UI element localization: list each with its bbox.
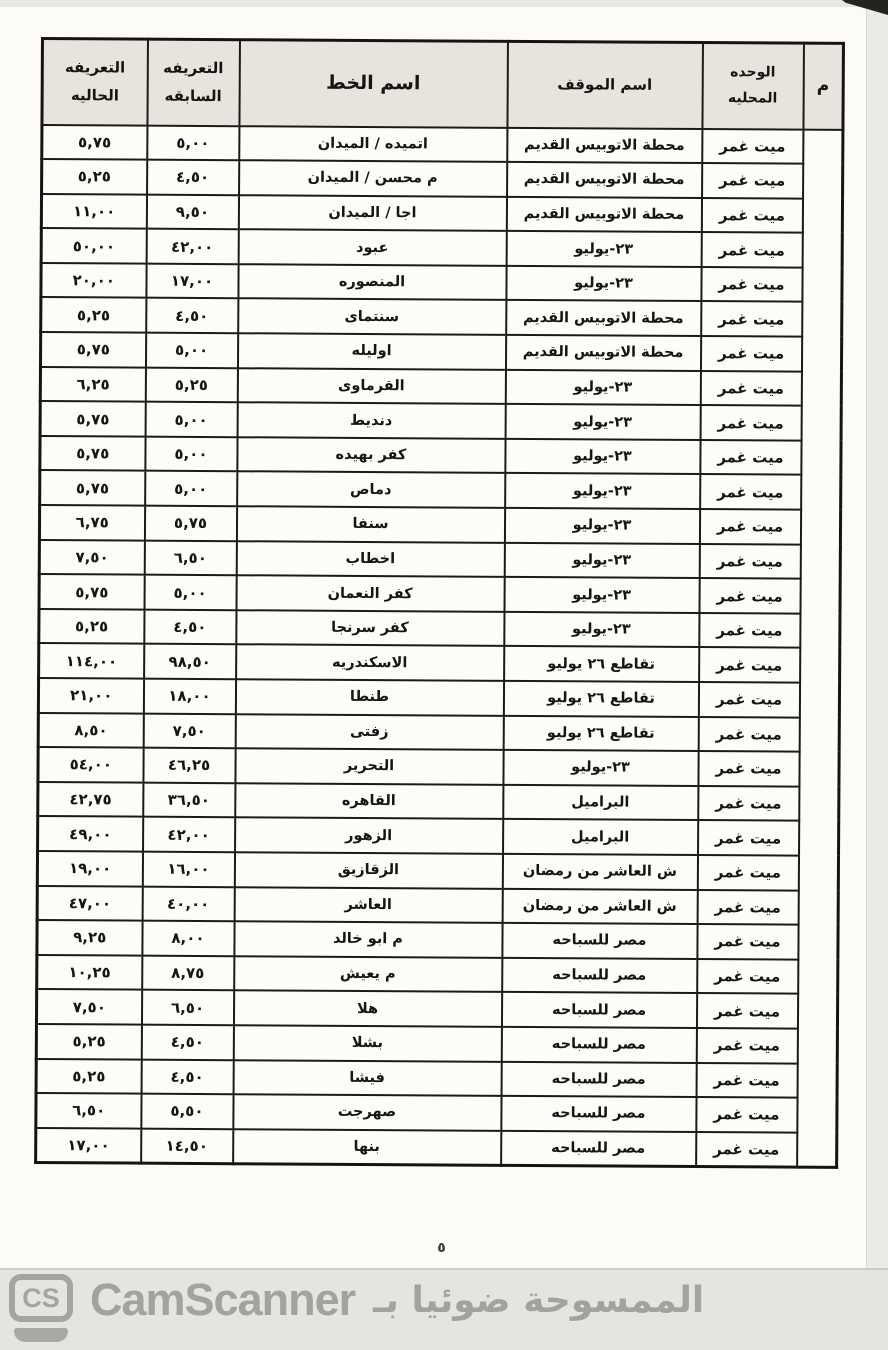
cell-local-unit: ميت غمر bbox=[700, 405, 801, 440]
table-row: ميت غمرمصر للسباحهم يعيش٨,٧٥١٠,٢٥ bbox=[37, 955, 838, 994]
cell-line-name: زفتى bbox=[235, 714, 503, 750]
cell-line-name: الزهور bbox=[235, 818, 503, 854]
cell-previous-tariff: ٥,٠٠ bbox=[147, 125, 239, 160]
table-row: ميت غمرمصر للسباحهفيشا٤,٥٠٥,٢٥ bbox=[36, 1059, 837, 1098]
cell-stop-name: البراميل bbox=[503, 819, 698, 855]
cell-stop-name: ٢٣-يوليو bbox=[506, 231, 701, 267]
cell-local-unit: ميت غمر bbox=[701, 302, 802, 337]
cell-previous-tariff: ٤٠,٠٠ bbox=[142, 886, 234, 921]
cell-local-unit: ميت غمر bbox=[696, 1132, 797, 1167]
camscanner-logo-tab bbox=[14, 1328, 68, 1342]
table-row: ميت غمر٢٣-يوليوكفر سرنجا٤,٥٠٥,٢٥ bbox=[39, 609, 840, 648]
cell-previous-tariff: ٨,٠٠ bbox=[142, 921, 234, 956]
table-row: ميت غمرتقاطع ٢٦ يوليوطنطا١٨,٠٠٢١,٠٠ bbox=[38, 678, 839, 717]
cell-line-name: القاهره bbox=[235, 783, 503, 819]
cell-previous-tariff: ١٦,٠٠ bbox=[142, 852, 234, 887]
table-row: ميت غمرمصر للسباحهبنها١٤,٥٠١٧,٠٠ bbox=[36, 1128, 837, 1167]
cell-line-name: الاسكندريه bbox=[236, 645, 504, 681]
cell-local-unit: ميت غمر bbox=[698, 682, 799, 717]
cell-local-unit: ميت غمر bbox=[698, 751, 799, 786]
cell-current-tariff: ٥,٢٥ bbox=[41, 297, 146, 332]
cell-line-name: م محسن / الميدان bbox=[239, 160, 507, 196]
cell-line-name: اتميده / الميدان bbox=[239, 126, 507, 162]
cell-line-name: سنتماى bbox=[238, 299, 506, 335]
cell-current-tariff: ١٩,٠٠ bbox=[37, 851, 142, 886]
cell-local-unit: ميت غمر bbox=[700, 336, 801, 371]
cell-line-name: الزقازيق bbox=[234, 852, 502, 888]
cell-line-name: كفر بهيده bbox=[237, 437, 505, 473]
cell-current-tariff: ٧,٥٠ bbox=[36, 989, 141, 1024]
cell-local-unit: ميت غمر bbox=[701, 232, 802, 267]
cell-current-tariff: ٩,٢٥ bbox=[37, 920, 142, 955]
cell-line-name: فيشا bbox=[233, 1060, 501, 1096]
cell-line-name: م ابو خالد bbox=[234, 921, 502, 957]
cell-line-name: دنديط bbox=[237, 402, 505, 438]
cell-current-tariff: ٥,٢٥ bbox=[42, 159, 147, 194]
cell-line-name: سنفا bbox=[236, 506, 504, 542]
cell-local-unit: ميت غمر bbox=[696, 993, 797, 1028]
cell-local-unit: ميت غمر bbox=[697, 924, 798, 959]
column-header-index: م bbox=[803, 43, 844, 129]
cell-line-name: بنها bbox=[233, 1129, 501, 1165]
cell-stop-name: مصر للسباحه bbox=[502, 958, 697, 994]
cell-local-unit: ميت غمر bbox=[700, 474, 801, 509]
cell-stop-name: محطة الاتوبيس القديم bbox=[505, 335, 700, 371]
cell-stop-name: محطة الاتوبيس القديم bbox=[506, 300, 701, 336]
cell-previous-tariff: ٤,٥٠ bbox=[146, 298, 238, 333]
cell-line-name: م يعيش bbox=[234, 956, 502, 992]
cell-local-unit: ميت غمر bbox=[698, 820, 799, 855]
cell-current-tariff: ٢١,٠٠ bbox=[38, 678, 143, 713]
table-row: ميت غمرمحطة الاتوبيس القديماوليله٥,٠٠٥,٧… bbox=[40, 332, 841, 371]
column-header-line-name: اسم الخط bbox=[239, 40, 508, 128]
cell-current-tariff: ١٧,٠٠ bbox=[36, 1128, 141, 1163]
cell-previous-tariff: ٥,٠٠ bbox=[145, 436, 237, 471]
column-header-local-unit: الوحده المحليه bbox=[702, 43, 804, 130]
cell-local-unit: ميت غمر bbox=[699, 613, 800, 648]
cell-current-tariff: ١١,٠٠ bbox=[41, 194, 146, 229]
cell-stop-name: محطة الاتوبيس القديم bbox=[507, 127, 702, 163]
cell-line-name: العاشر bbox=[234, 887, 502, 923]
cell-local-unit: ميت غمر bbox=[702, 163, 803, 198]
cell-stop-name: ٢٣-يوليو bbox=[504, 612, 699, 648]
cell-line-name: عبود bbox=[238, 229, 506, 265]
cell-previous-tariff: ٨,٧٥ bbox=[142, 955, 234, 990]
cell-current-tariff: ٥,٧٥ bbox=[40, 332, 145, 367]
table-row: ميت غمر٢٣-يوليوكفر بهيده٥,٠٠٥,٧٥ bbox=[40, 436, 841, 475]
cell-previous-tariff: ٤٢,٠٠ bbox=[146, 229, 238, 264]
cell-previous-tariff: ٩,٥٠ bbox=[146, 194, 238, 229]
cell-local-unit: ميت غمر bbox=[699, 578, 800, 613]
cell-current-tariff: ٦,٧٥ bbox=[39, 505, 144, 540]
cell-current-tariff: ٥,٧٥ bbox=[40, 470, 145, 505]
cell-current-tariff: ٤٩,٠٠ bbox=[38, 816, 143, 851]
cell-stop-name: مصر للسباحه bbox=[501, 1027, 696, 1063]
cell-previous-tariff: ١٧,٠٠ bbox=[146, 264, 238, 299]
cell-line-name: اخطاب bbox=[236, 541, 504, 577]
cell-stop-name: محطة الاتوبيس القديم bbox=[506, 197, 701, 233]
table-row: ميت غمرالبراميلالزهور٤٢,٠٠٤٩,٠٠ bbox=[38, 816, 839, 855]
cell-stop-name: مصر للسباحه bbox=[501, 1061, 696, 1097]
cell-previous-tariff: ٤,٥٠ bbox=[144, 609, 236, 644]
cell-local-unit: ميت غمر bbox=[697, 855, 798, 890]
cell-previous-tariff: ٤٦,٢٥ bbox=[143, 748, 235, 783]
cell-previous-tariff: ٦,٥٠ bbox=[144, 540, 236, 575]
cell-current-tariff: ١٠,٢٥ bbox=[37, 955, 142, 990]
cell-line-name: طنطا bbox=[235, 679, 503, 715]
cell-local-unit: ميت غمر bbox=[700, 371, 801, 406]
cell-local-unit: ميت غمر bbox=[696, 1097, 797, 1132]
cell-current-tariff: ١١٤,٠٠ bbox=[39, 643, 144, 678]
cell-line-name: كفر النعمان bbox=[236, 575, 504, 611]
cell-local-unit: ميت غمر bbox=[696, 1028, 797, 1063]
table-row: ميت غمر٢٣-يوليوالقرماوى٥,٢٥٦,٢٥ bbox=[40, 367, 841, 406]
scan-corner-artifact bbox=[842, 0, 888, 15]
cell-local-unit: ميت غمر bbox=[701, 198, 802, 233]
cell-previous-tariff: ٤٢,٠٠ bbox=[143, 817, 235, 852]
camscanner-brand-text: CamScanner bbox=[90, 1274, 355, 1326]
cell-current-tariff: ٥,٧٥ bbox=[40, 436, 145, 471]
cell-line-name: القرماوى bbox=[237, 368, 505, 404]
cell-previous-tariff: ٤,٥٠ bbox=[141, 1025, 233, 1060]
cell-current-tariff: ٥,٧٥ bbox=[40, 401, 145, 436]
cell-previous-tariff: ١٨,٠٠ bbox=[143, 679, 235, 714]
cell-stop-name: ش العاشر من رمضان bbox=[502, 854, 697, 890]
table-row: ميت غمرمصر للسباحهبشلا٤,٥٠٥,٢٥ bbox=[36, 1024, 837, 1063]
cell-current-tariff: ٤٧,٠٠ bbox=[37, 886, 142, 921]
cell-local-unit: ميت غمر bbox=[702, 129, 803, 164]
cell-stop-name: مصر للسباحه bbox=[502, 923, 697, 959]
table-row: ميت غمرتقاطع ٢٦ يوليوالاسكندريه٩٨,٥٠١١٤,… bbox=[39, 643, 840, 682]
table-row: ميت غمر٢٣-يوليوكفر النعمان٥,٠٠٥,٧٥ bbox=[39, 574, 840, 613]
page-number: ٥ bbox=[41, 1240, 842, 1256]
camscanner-logo-icon: CS bbox=[9, 1274, 75, 1344]
cell-index-span bbox=[797, 129, 843, 1167]
fare-table-wrap: م الوحده المحليه اسم الموقف اسم الخط الت… bbox=[34, 37, 842, 1169]
cell-current-tariff: ٥,٢٥ bbox=[36, 1059, 141, 1094]
cell-current-tariff: ٨,٥٠ bbox=[38, 713, 143, 748]
cell-previous-tariff: ٧,٥٠ bbox=[143, 713, 235, 748]
table-row: ميت غمرالبراميلالقاهره٣٦,٥٠٤٢,٧٥ bbox=[38, 782, 839, 821]
cell-line-name: المنصوره bbox=[238, 264, 506, 300]
cell-line-name: كفر سرنجا bbox=[236, 610, 504, 646]
table-row: ميت غمرمحطة الاتوبيس القديمم محسن / المي… bbox=[42, 159, 843, 198]
scan-top-edge-artifact bbox=[0, 0, 888, 7]
camscanner-watermark: CamScanner الممسوحة ضوئيا بـ bbox=[90, 1270, 704, 1330]
column-header-stop-name: اسم الموقف bbox=[507, 41, 703, 128]
cell-local-unit: ميت غمر bbox=[699, 509, 800, 544]
cell-stop-name: مصر للسباحه bbox=[501, 1131, 696, 1167]
cell-local-unit: ميت غمر bbox=[699, 647, 800, 682]
cell-local-unit: ميت غمر bbox=[696, 1063, 797, 1098]
table-row: ميت غمرش العاشر من رمضانالعاشر٤٠,٠٠٤٧,٠٠ bbox=[37, 886, 838, 925]
cell-current-tariff: ٦,٥٠ bbox=[36, 1093, 141, 1128]
cell-current-tariff: ٥٤,٠٠ bbox=[38, 747, 143, 782]
table-row: ميت غمرمحطة الاتوبيس القديمسنتماى٤,٥٠٥,٢… bbox=[41, 297, 842, 336]
cell-previous-tariff: ٤,٥٠ bbox=[147, 160, 239, 195]
column-header-current-tariff: التعريفه الحاليه bbox=[42, 39, 148, 126]
cell-stop-name: البراميل bbox=[503, 785, 698, 821]
cell-previous-tariff: ١٤,٥٠ bbox=[141, 1128, 233, 1163]
table-header-row: م الوحده المحليه اسم الموقف اسم الخط الت… bbox=[42, 39, 844, 130]
cell-stop-name: ٢٣-يوليو bbox=[505, 369, 700, 405]
table-row: ميت غمرمصر للسباحهم ابو خالد٨,٠٠٩,٢٥ bbox=[37, 920, 838, 959]
cell-previous-tariff: ٤,٥٠ bbox=[141, 1059, 233, 1094]
cell-line-name: اجا / الميدان bbox=[238, 195, 506, 231]
cell-local-unit: ميت غمر bbox=[697, 890, 798, 925]
table-row: ميت غمر٢٣-يوليوالمنصوره١٧,٠٠٢٠,٠٠ bbox=[41, 263, 842, 302]
cell-line-name: هلا bbox=[233, 991, 501, 1027]
cell-previous-tariff: ٥,٠٠ bbox=[145, 471, 237, 506]
cell-stop-name: ٢٣-يوليو bbox=[504, 577, 699, 613]
table-row: ميت غمر٢٣-يوليوسنفا٥,٧٥٦,٧٥ bbox=[39, 505, 840, 544]
table-row: ميت غمر٢٣-يوليواخطاب٦,٥٠٧,٥٠ bbox=[39, 540, 840, 579]
cell-current-tariff: ٥,٧٥ bbox=[39, 574, 144, 609]
cell-current-tariff: ٦,٢٥ bbox=[40, 367, 145, 402]
camscanner-logo-frame: CS bbox=[9, 1274, 73, 1322]
cell-stop-name: ٢٣-يوليو bbox=[506, 266, 701, 302]
cell-current-tariff: ٧,٥٠ bbox=[39, 540, 144, 575]
cell-stop-name: تقاطع ٢٦ يوليو bbox=[503, 715, 698, 751]
cell-stop-name: ٢٣-يوليو bbox=[505, 473, 700, 509]
cell-line-name: التحرير bbox=[235, 748, 503, 784]
cell-stop-name: ٢٣-يوليو bbox=[505, 439, 700, 475]
cell-current-tariff: ٥٠,٠٠ bbox=[41, 228, 146, 263]
cell-stop-name: تقاطع ٢٦ يوليو bbox=[504, 646, 699, 682]
cell-line-name: اوليله bbox=[237, 333, 505, 369]
cell-previous-tariff: ٣٦,٥٠ bbox=[143, 782, 235, 817]
cell-previous-tariff: ٩٨,٥٠ bbox=[144, 644, 236, 679]
scan-right-edge-artifact bbox=[866, 0, 888, 1268]
cell-local-unit: ميت غمر bbox=[698, 717, 799, 752]
cell-stop-name: تقاطع ٢٦ يوليو bbox=[503, 681, 698, 717]
cell-previous-tariff: ٥,٧٥ bbox=[144, 506, 236, 541]
cell-previous-tariff: ٥,٥٠ bbox=[141, 1094, 233, 1129]
cell-previous-tariff: ٦,٥٠ bbox=[141, 990, 233, 1025]
cell-line-name: بشلا bbox=[233, 1025, 501, 1061]
scanned-page: م الوحده المحليه اسم الموقف اسم الخط الت… bbox=[0, 0, 888, 1350]
cell-previous-tariff: ٥,٠٠ bbox=[144, 575, 236, 610]
cell-stop-name: ٢٣-يوليو bbox=[503, 750, 698, 786]
fare-table: م الوحده المحليه اسم الموقف اسم الخط الت… bbox=[34, 37, 845, 1169]
table-row: ميت غمرمحطة الاتوبيس القديماتميده / المي… bbox=[42, 125, 843, 164]
cell-local-unit: ميت غمر bbox=[700, 440, 801, 475]
table-row: ميت غمر٢٣-يوليودماص٥,٠٠٥,٧٥ bbox=[40, 470, 841, 509]
cell-stop-name: ش العاشر من رمضان bbox=[502, 888, 697, 924]
table-row: ميت غمرمصر للسباحههلا٦,٥٠٧,٥٠ bbox=[36, 989, 837, 1028]
table-row: ميت غمر٢٣-يوليوالتحرير٤٦,٢٥٥٤,٠٠ bbox=[38, 747, 839, 786]
cell-local-unit: ميت غمر bbox=[698, 786, 799, 821]
cell-current-tariff: ٥,٢٥ bbox=[39, 609, 144, 644]
cell-local-unit: ميت غمر bbox=[699, 544, 800, 579]
cell-current-tariff: ٥,٧٥ bbox=[42, 125, 147, 160]
cell-local-unit: ميت غمر bbox=[701, 267, 802, 302]
table-row: ميت غمرمحطة الاتوبيس القديماجا / الميدان… bbox=[41, 194, 842, 233]
table-row: ميت غمر٢٣-يوليودنديط٥,٠٠٥,٧٥ bbox=[40, 401, 841, 440]
table-row: ميت غمر٢٣-يوليوعبود٤٢,٠٠٥٠,٠٠ bbox=[41, 228, 842, 267]
cell-stop-name: مصر للسباحه bbox=[501, 1096, 696, 1132]
cell-current-tariff: ٤٢,٧٥ bbox=[38, 782, 143, 817]
cell-stop-name: ٢٣-يوليو bbox=[504, 542, 699, 578]
cell-stop-name: ٢٣-يوليو bbox=[505, 404, 700, 440]
camscanner-arabic-text: الممسوحة ضوئيا بـ bbox=[373, 1280, 704, 1321]
column-header-previous-tariff: التعريفه السابقه bbox=[147, 39, 240, 126]
cell-current-tariff: ٢٠,٠٠ bbox=[41, 263, 146, 298]
cell-stop-name: محطة الاتوبيس القديم bbox=[507, 162, 702, 198]
table-row: ميت غمرتقاطع ٢٦ يوليوزفتى٧,٥٠٨,٥٠ bbox=[38, 713, 839, 752]
cell-stop-name: مصر للسباحه bbox=[501, 992, 696, 1028]
cell-previous-tariff: ٥,٢٥ bbox=[145, 367, 237, 402]
cell-line-name: دماص bbox=[237, 472, 505, 508]
table-row: ميت غمرمصر للسباحهصهرجت٥,٥٠٦,٥٠ bbox=[36, 1093, 837, 1132]
cell-previous-tariff: ٥,٠٠ bbox=[145, 333, 237, 368]
table-row: ميت غمرش العاشر من رمضانالزقازيق١٦,٠٠١٩,… bbox=[37, 851, 838, 890]
cell-line-name: صهرجت bbox=[233, 1094, 501, 1130]
cell-local-unit: ميت غمر bbox=[697, 959, 798, 994]
cell-previous-tariff: ٥,٠٠ bbox=[145, 402, 237, 437]
cell-current-tariff: ٥,٢٥ bbox=[36, 1024, 141, 1059]
cell-stop-name: ٢٣-يوليو bbox=[504, 508, 699, 544]
